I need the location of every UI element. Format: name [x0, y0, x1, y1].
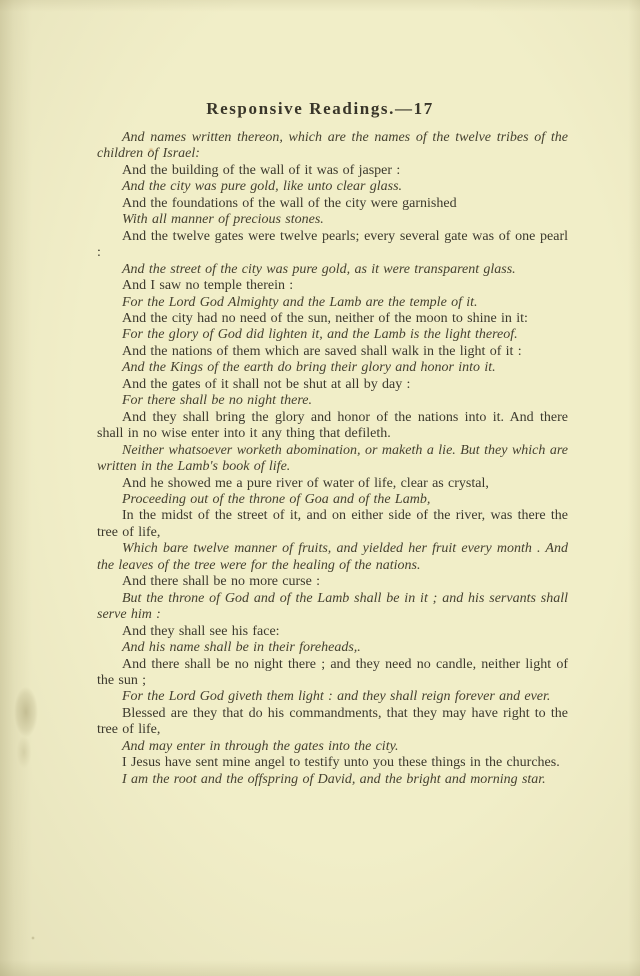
reading-line-italic: And the city was pure gold, like unto cl…	[97, 179, 568, 195]
reading-line-italic: Neither whatsoever worketh abomination, …	[97, 443, 568, 476]
page-title: Responsive Readings.—17	[0, 99, 640, 119]
reading-line-italic: Proceeding out of the throne of Goa and …	[97, 492, 568, 508]
reading-line-italic: And his name shall be in their foreheads…	[97, 640, 568, 656]
reading-line-roman: And they shall bring the glory and honor…	[97, 410, 568, 443]
reading-line-italic: But the throne of God and of the Lamb sh…	[97, 591, 568, 624]
reading-line-roman: And the city had no need of the sun, nei…	[97, 311, 568, 327]
reading-line-italic: For there shall be no night there.	[97, 393, 568, 409]
reading-line-roman: I Jesus have sent mine angel to testify …	[97, 755, 568, 771]
reading-line-italic: For the Lord God Almighty and the Lamb a…	[97, 295, 568, 311]
page-body: And names written thereon, which are the…	[97, 130, 568, 788]
reading-line-roman: In the midst of the street of it, and on…	[97, 508, 568, 541]
reading-line-roman: And I saw no temple therein :	[97, 278, 568, 294]
reading-line-italic: And the street of the city was pure gold…	[97, 262, 568, 278]
reading-line-italic: And the Kings of the earth do bring thei…	[97, 360, 568, 376]
reading-line-roman: And there shall be no more curse :	[97, 574, 568, 590]
reading-line-roman: And the gates of it shall not be shut at…	[97, 377, 568, 393]
reading-line-roman: Blessed are they that do his commandment…	[97, 706, 568, 739]
reading-line-italic: With all manner of precious stones.	[97, 212, 568, 228]
reading-line-roman: And he showed me a pure river of water o…	[97, 476, 568, 492]
reading-line-roman: And the nations of them which are saved …	[97, 344, 568, 360]
reading-line-italic: Which bare twelve manner of fruits, and …	[97, 541, 568, 574]
reading-line-italic: For the glory of God did lighten it, and…	[97, 327, 568, 343]
reading-line-roman: And they shall see his face:	[97, 624, 568, 640]
reading-line-roman: And there shall be no night there ; and …	[97, 657, 568, 690]
reading-line-italic: And names written thereon, which are the…	[97, 130, 568, 163]
reading-line-roman: And the building of the wall of it was o…	[97, 163, 568, 179]
reading-line-roman: And the foundations of the wall of the c…	[97, 196, 568, 212]
reading-line-roman: And the twelve gates were twelve pearls;…	[97, 229, 568, 262]
book-page: Responsive Readings.—17 And names writte…	[0, 0, 640, 976]
reading-line-italic: For the Lord God giveth them light : and…	[97, 689, 568, 705]
reading-line-italic: I am the root and the offspring of David…	[97, 772, 568, 788]
reading-line-italic: And may enter in through the gates into …	[97, 739, 568, 755]
